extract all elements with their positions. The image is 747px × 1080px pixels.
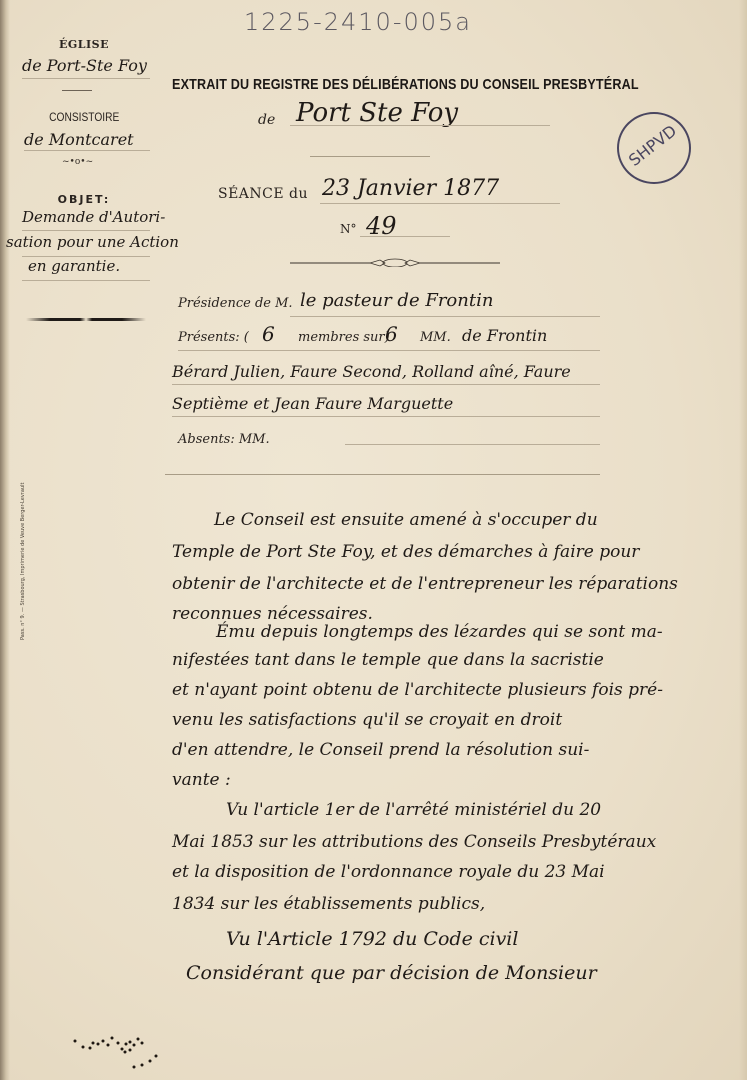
body-line-6: nifestées tant dans le temple que dans l… bbox=[172, 650, 604, 670]
number-rule bbox=[360, 236, 450, 237]
body-line-14: 1834 sur les établissements publics, bbox=[172, 894, 485, 914]
eglise-value: de Port-Ste Foy bbox=[22, 56, 147, 75]
consistoire-value: de Montcaret bbox=[24, 130, 134, 149]
archive-reference: 1225-2410-005a bbox=[244, 8, 472, 36]
presidence-rule bbox=[290, 316, 600, 317]
absents-label: Absents: MM. bbox=[178, 432, 270, 447]
presents-rule-3 bbox=[172, 416, 600, 417]
body-line-16: Considérant que par décision de Monsieur bbox=[186, 962, 597, 984]
absents-rule bbox=[345, 444, 600, 445]
page-left-edge bbox=[0, 0, 10, 1080]
objet-line-2: sation pour une Action bbox=[6, 233, 179, 251]
stamp-text: SHPVD bbox=[625, 121, 680, 170]
presents-count: 6 bbox=[262, 322, 275, 346]
left-column-separator bbox=[26, 318, 146, 321]
body-line-11: Vu l'article 1er de l'arrêté ministériel… bbox=[226, 800, 601, 820]
body-line-7: et n'ayant point obtenu de l'architecte … bbox=[172, 680, 663, 700]
mm-label: MM. bbox=[420, 330, 451, 345]
document-title: EXTRAIT DU REGISTRE DES DÉLIBÉRATIONS DU… bbox=[172, 76, 639, 93]
body-line-15: Vu l'Article 1792 du Code civil bbox=[226, 928, 518, 950]
members-on-label: membres sur) bbox=[298, 330, 390, 345]
presidence-value: le pasteur de Frontin bbox=[300, 290, 493, 311]
body-line-13: et la disposition de l'ordonnance royale… bbox=[172, 862, 605, 882]
short-rule bbox=[310, 156, 430, 157]
body-line-4: reconnues nécessaires. bbox=[172, 604, 373, 624]
parish-rule bbox=[290, 125, 550, 126]
seance-rule bbox=[320, 203, 560, 204]
page-right-edge bbox=[739, 0, 747, 1080]
seance-label: SÉANCE du bbox=[218, 186, 308, 202]
decorative-ornament bbox=[290, 257, 500, 267]
body-line-5: Ému depuis longtemps des lézardes qui se… bbox=[216, 622, 663, 642]
presidence-label: Présidence de M. bbox=[178, 296, 293, 311]
consistoire-label: CONSISTOIRE bbox=[49, 110, 119, 124]
eglise-label: ÉGLISE bbox=[14, 38, 154, 51]
de-label: de bbox=[258, 112, 275, 128]
members-total: 6 bbox=[385, 322, 398, 346]
printer-imprint: Pass. n° 9. — Strasbourg, Imprimerie de … bbox=[20, 480, 30, 640]
separator-dash bbox=[62, 90, 92, 91]
body-line-3: obtenir de l'architecte et de l'entrepre… bbox=[172, 574, 678, 594]
left-column: ÉGLISE bbox=[14, 38, 154, 51]
small-ornament: ~•o•~ bbox=[62, 157, 93, 167]
ink-spatter bbox=[70, 1035, 170, 1080]
objet-rule-1 bbox=[22, 230, 150, 231]
objet-label: OBJET: bbox=[58, 193, 111, 206]
eglise-rule bbox=[22, 78, 150, 79]
body-line-9: d'en attendre, le Conseil prend la résol… bbox=[172, 740, 589, 760]
objet-rule-3 bbox=[22, 280, 150, 281]
objet-block: OBJET: bbox=[14, 188, 154, 207]
presents-names-line-3: Septième et Jean Faure Marguette bbox=[172, 394, 453, 413]
consistoire-rule bbox=[24, 150, 150, 151]
number-label: N° bbox=[340, 222, 357, 236]
shpvd-stamp: SHPVD bbox=[617, 112, 691, 184]
parish-name: Port Ste Foy bbox=[296, 98, 458, 128]
body-line-10: vante : bbox=[172, 770, 231, 790]
presents-rule-1 bbox=[178, 350, 600, 351]
section-rule bbox=[165, 474, 600, 475]
body-line-2: Temple de Port Ste Foy, et des démarches… bbox=[172, 542, 639, 562]
presents-label: Présents: ( bbox=[178, 330, 249, 345]
body-line-8: venu les satisfactions qu'il se croyait … bbox=[172, 710, 562, 730]
seance-date: 23 Janvier 1877 bbox=[322, 176, 499, 201]
document-page: 1225-2410-005a ÉGLISE de Port-Ste Foy CO… bbox=[0, 0, 747, 1080]
objet-line-3: en garantie. bbox=[28, 257, 120, 275]
presents-rule-2 bbox=[172, 384, 600, 385]
body-line-12: Mai 1853 sur les attributions des Consei… bbox=[172, 832, 656, 852]
objet-line-1: Demande d'Autori- bbox=[22, 208, 165, 226]
presents-names-line-2: Bérard Julien, Faure Second, Rolland aîn… bbox=[172, 362, 571, 381]
consistoire-block: CONSISTOIRE bbox=[14, 106, 154, 125]
presents-names-line-1: de Frontin bbox=[462, 326, 547, 345]
body-line-1: Le Conseil est ensuite amené à s'occuper… bbox=[214, 510, 598, 530]
